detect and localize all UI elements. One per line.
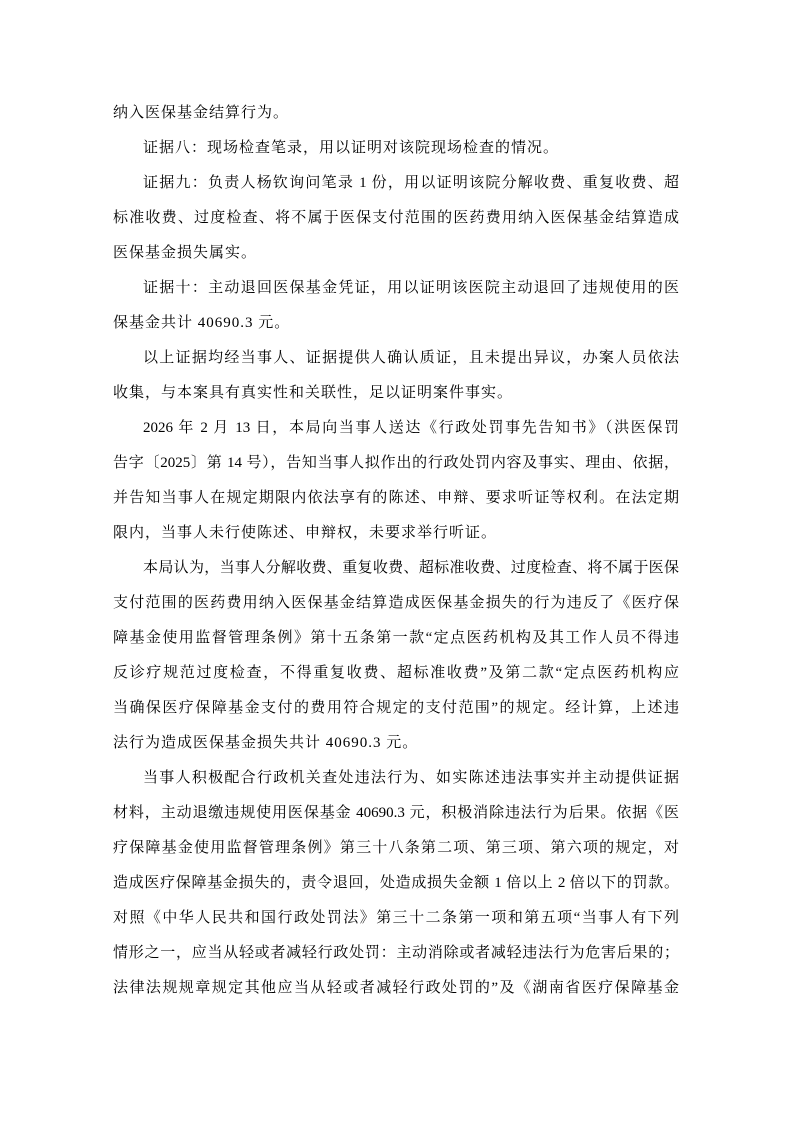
document-line: 标准收费、过度检查、将不属于医保支付范围的医药费用纳入医保基金结算造成 xyxy=(113,201,679,236)
document-body: 纳入医保基金结算行为。证据八：现场检查笔录，用以证明对该院现场检查的情况。证据九… xyxy=(113,96,679,1006)
document-line: 证据八：现场检查笔录，用以证明对该院现场检查的情况。 xyxy=(113,131,679,166)
document-line: 支付范围的医药费用纳入医保基金结算造成医保基金损失的行为违反了《医疗保 xyxy=(113,586,679,621)
document-line: 疗保障基金使用监督管理条例》第三十八条第二项、第三项、第六项的规定，对 xyxy=(113,831,679,866)
document-line: 情形之一，应当从轻或者减轻行政处罚：主动消除或者减轻违法行为危害后果的； xyxy=(113,936,679,971)
document-line: 2026 年 2 月 13 日，本局向当事人送达《行政处罚事先告知书》（洪医保罚 xyxy=(113,411,679,446)
document-page: 纳入医保基金结算行为。证据八：现场检查笔录，用以证明对该院现场检查的情况。证据九… xyxy=(0,0,793,1122)
document-line: 纳入医保基金结算行为。 xyxy=(113,96,679,131)
document-line: 反诊疗规范过度检查，不得重复收费、超标准收费”及第二款“定点医药机构应 xyxy=(113,656,679,691)
document-line: 以上证据均经当事人、证据提供人确认质证，且未提出异议，办案人员依法 xyxy=(113,341,679,376)
document-line: 法律法规规章规定其他应当从轻或者减轻行政处罚的”及《湖南省医疗保障基金 xyxy=(113,971,679,1006)
document-line: 障基金使用监督管理条例》第十五条第一款“定点医药机构及其工作人员不得违 xyxy=(113,621,679,656)
document-line: 造成医疗保障基金损失的，责令退回，处造成损失金额 1 倍以上 2 倍以下的罚款。 xyxy=(113,866,679,901)
document-line: 证据九：负责人杨钦询问笔录 1 份，用以证明该院分解收费、重复收费、超 xyxy=(113,166,679,201)
document-line: 收集，与本案具有真实性和关联性，足以证明案件事实。 xyxy=(113,376,679,411)
document-line: 法行为造成医保基金损失共计 40690.3 元。 xyxy=(113,726,679,761)
document-line: 并告知当事人在规定期限内依法享有的陈述、申辩、要求听证等权利。在法定期 xyxy=(113,481,679,516)
document-line: 限内，当事人未行使陈述、申辩权，未要求举行听证。 xyxy=(113,516,679,551)
document-line: 保基金共计 40690.3 元。 xyxy=(113,306,679,341)
document-line: 告字〔2025〕第 14 号），告知当事人拟作出的行政处罚内容及事实、理由、依据… xyxy=(113,446,679,481)
document-line: 对照《中华人民共和国行政处罚法》第三十二条第一项和第五项“当事人有下列 xyxy=(113,901,679,936)
document-line: 当事人积极配合行政机关查处违法行为、如实陈述违法事实并主动提供证据 xyxy=(113,761,679,796)
document-line: 证据十：主动退回医保基金凭证，用以证明该医院主动退回了违规使用的医 xyxy=(113,271,679,306)
document-line: 本局认为，当事人分解收费、重复收费、超标准收费、过度检查、将不属于医保 xyxy=(113,551,679,586)
document-line: 医保基金损失属实。 xyxy=(113,236,679,271)
document-line: 材料，主动退缴违规使用医保基金 40690.3 元，积极消除违法行为后果。依据《… xyxy=(113,796,679,831)
document-line: 当确保医疗保障基金支付的费用符合规定的支付范围”的规定。经计算，上述违 xyxy=(113,691,679,726)
